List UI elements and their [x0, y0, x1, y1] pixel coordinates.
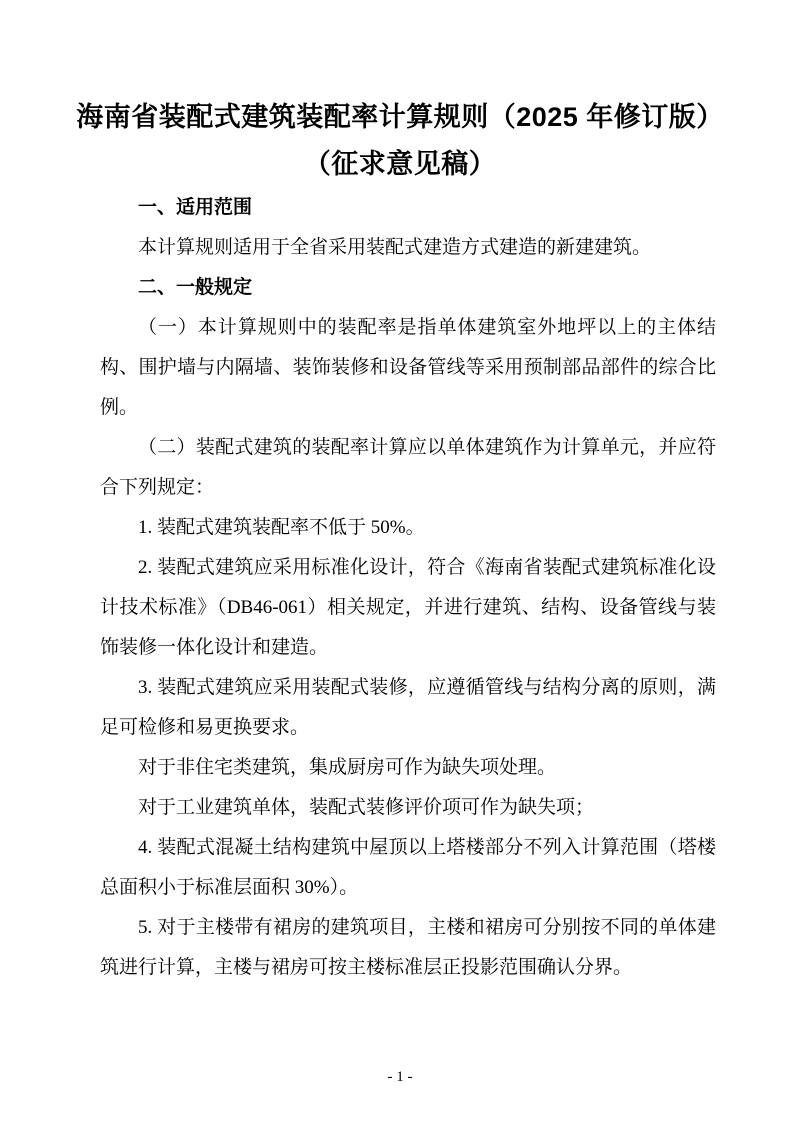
body-paragraph: （二）装配式建筑的装配率计算应以单体建筑作为计算单元，并应符合下列规定：: [100, 428, 716, 508]
body-paragraph: 本计算规则适用于全省采用装配式建造方式建造的新建建筑。: [100, 228, 716, 268]
page-number: - 1 -: [0, 1068, 800, 1086]
body-paragraph: 对于非住宅类建筑，集成厨房可作为缺失项处理。: [100, 748, 716, 788]
document-title-line2: （征求意见稿）: [0, 141, 800, 188]
document-title-line1: 海南省装配式建筑装配率计算规则（2025 年修订版）: [0, 94, 800, 141]
body-paragraph: 2. 装配式建筑应采用标准化设计，符合《海南省装配式建筑标准化设计技术标准》（D…: [100, 548, 716, 668]
body-paragraph: 4. 装配式混凝土结构建筑中屋顶以上塔楼部分不列入计算范围（塔楼总面积小于标准层…: [100, 828, 716, 908]
body-paragraph: （一）本计算规则中的装配率是指单体建筑室外地坪以上的主体结构、围护墙与内隔墙、装…: [100, 308, 716, 428]
body-paragraph: 5. 对于主楼带有裙房的建筑项目，主楼和裙房可分别按不同的单体建筑进行计算，主楼…: [100, 908, 716, 988]
section-heading-general-rules: 二、一般规定: [100, 268, 716, 308]
section-heading-scope: 一、适用范围: [100, 188, 716, 228]
body-paragraph: 1. 装配式建筑装配率不低于 50%。: [100, 508, 716, 548]
body-paragraph: 对于工业建筑单体，装配式装修评价项可作为缺失项；: [100, 788, 716, 828]
document-title: 海南省装配式建筑装配率计算规则（2025 年修订版） （征求意见稿）: [0, 0, 800, 188]
body-paragraph: 3. 装配式建筑应采用装配式装修，应遵循管线与结构分离的原则，满足可检修和易更换…: [100, 668, 716, 748]
document-body: 一、适用范围 本计算规则适用于全省采用装配式建造方式建造的新建建筑。 二、一般规…: [100, 188, 716, 988]
document-page: 海南省装配式建筑装配率计算规则（2025 年修订版） （征求意见稿） 一、适用范…: [0, 0, 800, 1132]
